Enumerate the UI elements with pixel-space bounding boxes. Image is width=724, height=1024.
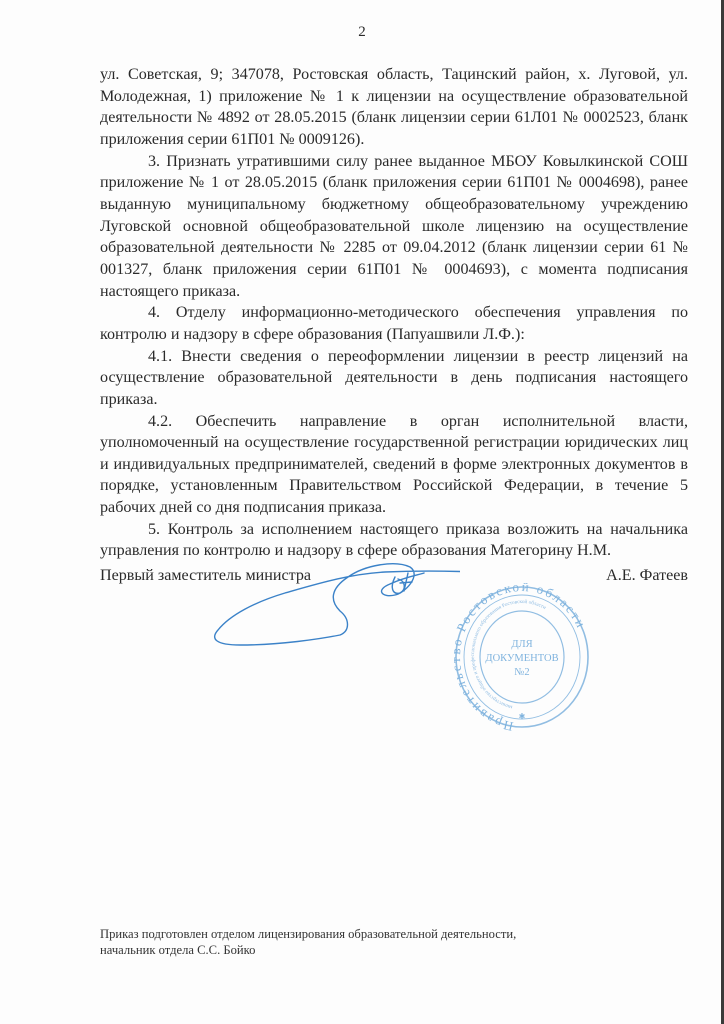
paragraph-item-4: 4. Отделу информационно-методического об… — [100, 302, 688, 345]
svg-text:№2: №2 — [514, 667, 529, 678]
signatory-name: А.Е. Фатеев — [606, 566, 688, 586]
paragraph-item-3: 3. Признать утратившими силу ранее выдан… — [100, 151, 688, 303]
prepared-by-note: Приказ подготовлен отделом лицензировани… — [100, 927, 620, 958]
handwritten-signature — [200, 555, 460, 655]
svg-text:ДОКУМЕНТОВ: ДОКУМЕНТОВ — [485, 653, 558, 664]
document-body: ул. Советская, 9; 347078, Ростовская обл… — [100, 64, 688, 562]
stamp-center-text: ДЛЯ ДОКУМЕНТОВ №2 — [485, 639, 558, 678]
page-number: 2 — [0, 24, 724, 41]
paragraph-item-4-1: 4.1. Внести сведения о переоформлении ли… — [100, 346, 688, 411]
stamp-star-icon: ✱ — [519, 712, 526, 721]
svg-text:ДЛЯ: ДЛЯ — [511, 639, 532, 650]
prepared-by-line-2: начальник отдела С.С. Бойко — [100, 943, 620, 959]
official-stamp: Правительство Ростовской области министе… — [452, 583, 592, 733]
paragraph-item-4-2: 4.2. Обеспечить направление в орган испо… — [100, 411, 688, 519]
prepared-by-line-1: Приказ подготовлен отделом лицензировани… — [100, 927, 620, 943]
paragraph-continuation: ул. Советская, 9; 347078, Ростовская обл… — [100, 64, 688, 151]
